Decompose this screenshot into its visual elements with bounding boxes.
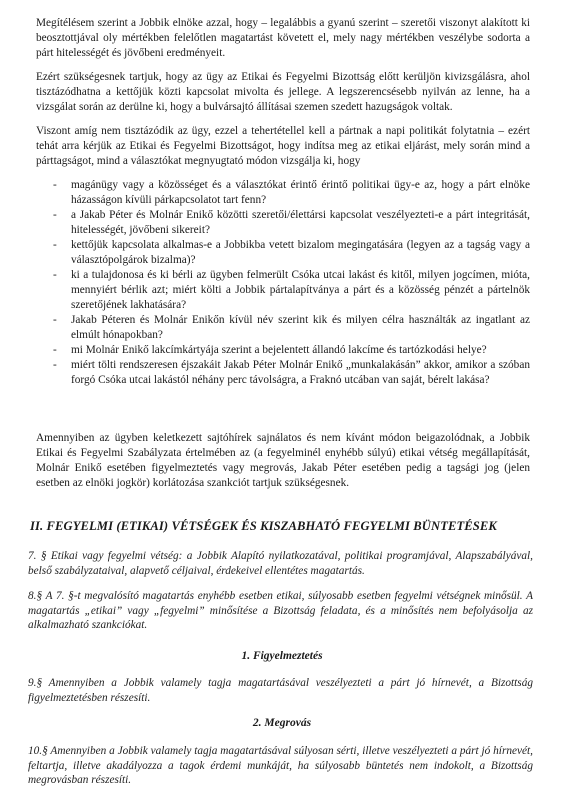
list-item-text: a Jakab Péter és Molnár Enikő közötti sz… [71,209,530,236]
list-item: -kettőjük kapcsolata alkalmas-e a Jobbik… [50,238,530,268]
list-item: -ki a tulajdonosa és ki bérli az ügyben … [50,268,530,313]
regulation-section-7: 7. § Etikai vagy fegyelmi vétség: a Jobb… [28,549,533,578]
bullet-dash: - [53,178,57,193]
list-item-text: kettőjük kapcsolata alkalmas-e a Jobbikb… [71,239,530,266]
list-item: -a Jakab Péter és Molnár Enikő közötti s… [50,208,530,238]
list-item-text: miért tölti rendszeresen éjszakáit Jakab… [71,359,530,386]
list-item: -miért tölti rendszeresen éjszakáit Jaka… [50,358,530,388]
regulation-section-8: 8.§ A 7. §-t megvalósító magatartás enyh… [28,589,533,633]
list-item-text: magánügy vagy a közösséget és a választó… [71,179,530,206]
regulation-section-9: 9.§ Amennyiben a Jobbik valamely tagja m… [28,676,533,705]
list-item-text: mi Molnár Enikő lakcímkártyája szerint a… [71,344,487,356]
list-item-text: ki a tulajdonosa és ki bérli az ügyben f… [71,269,530,311]
bullet-dash: - [53,358,57,373]
bullet-dash: - [53,268,57,283]
list-item: -mi Molnár Enikő lakcímkártyája szerint … [50,343,530,358]
list-item: -Jakab Péteren és Molnár Enikőn kívül né… [50,313,530,343]
bullet-dash: - [53,208,57,223]
bullet-dash: - [53,313,57,328]
paragraph-assessment: Megítélésem szerint a Jobbik elnöke azza… [36,16,530,61]
paragraph-sanction-proposal: Amennyiben az ügyben keletkezett sajtóhí… [36,431,530,491]
question-list: -magánügy vagy a közösséget és a választ… [50,178,530,388]
list-item-text: Jakab Péteren és Molnár Enikőn kívül név… [71,314,530,341]
subheading-warning: 1. Figyelmeztetés [0,650,564,662]
section-heading: II. FEGYELMI (ETIKAI) VÉTSÉGEK ÉS KISZAB… [30,519,540,534]
subheading-reprimand: 2. Megrovás [0,717,564,729]
bullet-dash: - [53,238,57,253]
scanned-document-page: Megítélésem szerint a Jobbik elnöke azza… [0,0,564,800]
regulation-section-10: 10.§ Amennyiben a Jobbik valamely tagja … [28,744,533,788]
bullet-dash: - [53,343,57,358]
list-item: -magánügy vagy a közösséget és a választ… [50,178,530,208]
paragraph-investigation-request: Ezért szükségesnek tartjuk, hogy az ügy … [36,70,530,115]
paragraph-procedure-request: Viszont amíg nem tisztázódik az ügy, ezz… [36,124,530,169]
